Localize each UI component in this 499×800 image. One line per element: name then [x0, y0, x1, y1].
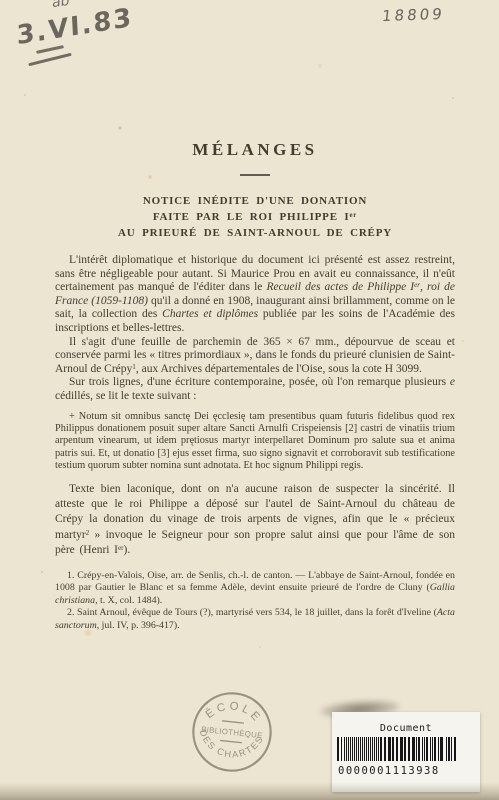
text-column: MÉLANGES NOTICE INÉDITE D'UNE DONATION F… [55, 0, 455, 633]
barcode-number: 0000001113938 [338, 765, 480, 777]
paragraph-script: Sur trois lignes, d'une écriture contemp… [55, 376, 455, 403]
article-title-line: NOTICE INÉDITE D'UNE DONATION [55, 193, 455, 209]
library-stamp: ÉCOLE BIBLIOTHÈQUE DES CHARTES [186, 686, 278, 778]
paragraph-intro: L'intérêt diplomatique et historique du … [55, 254, 455, 336]
stamp-divider-bottom [220, 740, 242, 742]
footnote-1: 1. Crépy-en-Valois, Oise, arr. de Senlis… [55, 570, 455, 608]
article-title-line: FAITE PAR LE ROI PHILIPPE Ier [55, 209, 455, 225]
article-title-line: AU PRIEURÉ DE SAINT-ARNOUL DE CRÉPY [55, 225, 455, 241]
barcode-title: Document [332, 723, 480, 734]
footnote-2: 2. Saint Arnoul, évêque de Tours (?), ma… [55, 607, 455, 632]
scanned-page: ab 3.VI.83 18809 MÉLANGES NOTICE INÉDITE… [0, 0, 499, 800]
article-title: NOTICE INÉDITE D'UNE DONATION FAITE PAR … [55, 193, 455, 241]
title-rule [240, 174, 270, 176]
latin-quote: + Notum sit omnibus sanctę Dei ęcclesię … [55, 411, 455, 473]
section-title: MÉLANGES [55, 140, 455, 160]
footnotes: 1. Crépy-en-Valois, Oise, arr. de Senlis… [55, 570, 455, 633]
page-bottom-edge [0, 782, 499, 800]
barcode-bars [337, 737, 475, 761]
stamp-graphic: ÉCOLE BIBLIOTHÈQUE DES CHARTES [186, 686, 278, 778]
paragraph-parchment: Il s'agit d'une feuille de parchemin de … [55, 336, 455, 377]
stamp-divider-top [222, 721, 244, 723]
article-body: L'intérêt diplomatique et historique du … [55, 254, 455, 633]
barcode-label: Document 0000001113938 [332, 712, 480, 792]
paragraph-analysis: Texte bien laconique, dont on n'a aucune… [55, 482, 455, 559]
